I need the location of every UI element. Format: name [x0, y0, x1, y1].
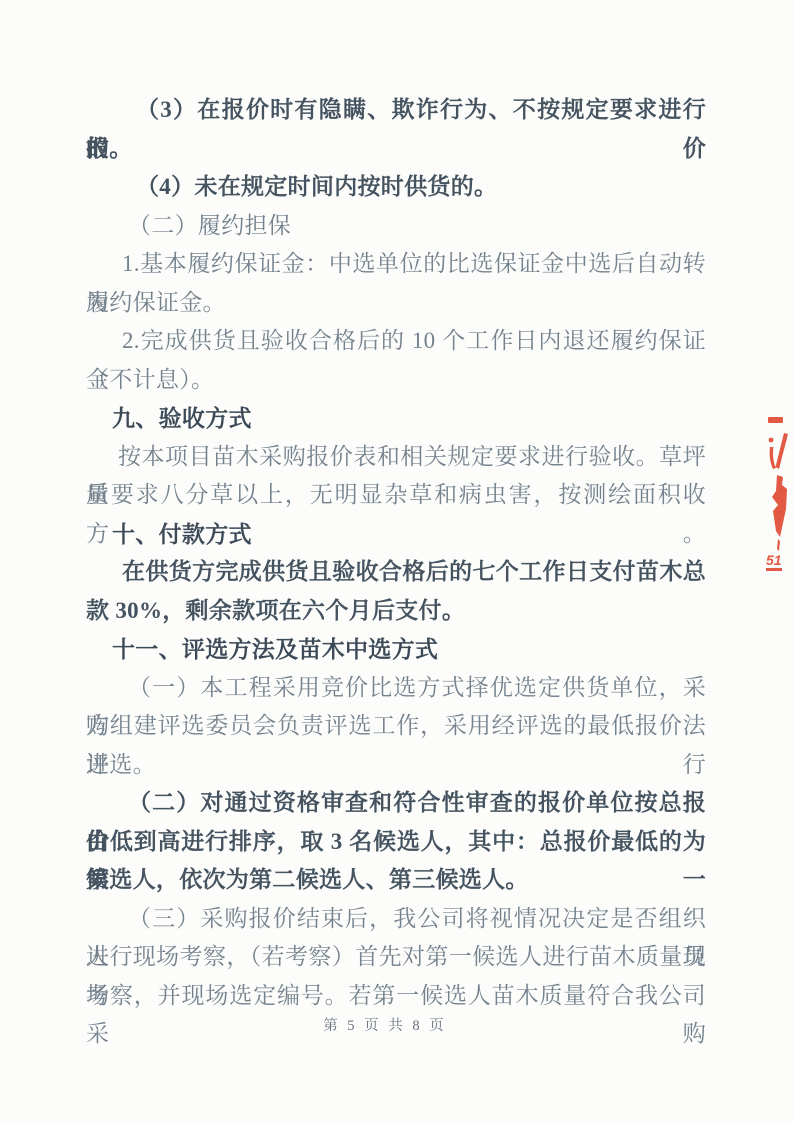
paragraph-line: （二）履约担保: [86, 207, 706, 246]
paragraph-line: （4）未在规定时间内按时供货的。: [86, 168, 706, 207]
paragraph-line: （3）在报价时有隐瞒、欺诈行为、不按规定要求进行报价: [86, 91, 706, 130]
paragraph-line: 考察，并现场选定编号。若第一候选人苗木质量符合我公司采购: [86, 977, 706, 1016]
paragraph-line: 按本项目苗木采购报价表和相关规定要求进行验收。草坪质: [86, 438, 706, 477]
stamp-number-label: 51: [766, 553, 782, 571]
section-heading: 九、验收方式: [86, 399, 706, 438]
paragraph-line: 由低到高进行排序，取 3 名候选人，其中：总报价最低的为第一: [86, 823, 706, 862]
paragraph-line: （一）本工程采用竞价比选方式择优选定供货单位，采购: [86, 669, 706, 708]
red-stamp-fragment: 51: [752, 405, 794, 585]
paragraph-line: 方组建评选委员会负责评选工作，采用经评选的最低报价法进行: [86, 707, 706, 746]
paragraph-line: 在供货方完成供货且验收合格后的七个工作日支付苗木总: [86, 553, 706, 592]
paragraph-line: 1.基本履约保证金：中选单位的比选保证金中选后自动转为: [86, 245, 706, 284]
paragraph-line: 履约保证金。: [86, 284, 706, 323]
paragraph-line: 款 30%，剩余款项在六个月后支付。: [86, 592, 706, 631]
paragraph-line: （二）对通过资格审查和符合性审查的报价单位按总报价: [86, 784, 706, 823]
paragraph-line: 量要求八分草以上，无明显杂草和病虫害，按测绘面积收方。: [86, 476, 706, 515]
stamp-stroke-marks-icon: [764, 431, 790, 471]
document-page: （3）在报价时有隐瞒、欺诈行为、不按规定要求进行报价 的。 （4）未在规定时间内…: [0, 0, 794, 1123]
document-body: （3）在报价时有隐瞒、欺诈行为、不按规定要求进行报价 的。 （4）未在规定时间内…: [86, 91, 706, 1015]
page-footer: 第 5 页 共 8 页: [0, 1014, 770, 1035]
paragraph-line: （三）采购报价结束后，我公司将视情况决定是否组织人员: [86, 900, 706, 939]
section-heading: 十一、评选方法及苗木中选方式: [86, 630, 706, 669]
paragraph-line: （不计息）。: [86, 361, 706, 400]
paragraph-line: 2.完成供货且验收合格后的 10 个工作日内退还履约保证金: [86, 322, 706, 361]
stamp-blob-mark-icon: [768, 475, 790, 555]
stamp-dash-mark-icon: [768, 417, 783, 423]
paragraph-line: 进行现场考察，（若考察）首先对第一候选人进行苗木质量现场: [86, 938, 706, 977]
